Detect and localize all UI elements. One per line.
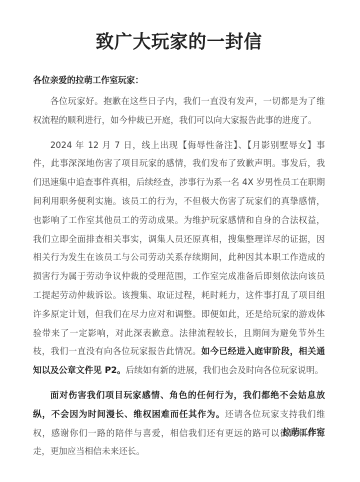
letter-body: 各位玩家好。抱歉在这些日子内，我们一直没有发声，一切都是为了维权流程的顺利进行，… [33,93,325,468]
paragraph-incident: 2024 年 12 月 7 日，线上出现【侮辱性备注】、【月影别墅辱女】事件，此… [33,137,325,381]
paragraph-closing: 面对伤害我们项目玩家感情、角色的任何行为，我们都绝不会姑息放纵，不会因为时间漫长… [33,387,325,462]
paragraph-text: 后续如有新的进展，我们也会及时向各位玩家说明。 [126,366,324,376]
letter-signature: 拉萌工作室 [282,427,325,439]
letter-title: 致广大玩家的一封信 [33,32,325,54]
paragraph-intro: 各位玩家好。抱歉在这些日子内，我们一直没有发声，一切都是为了维权流程的顺利进行，… [33,93,325,131]
paragraph-text: 2024 年 12 月 7 日，线上出现【侮辱性备注】、【月影别墅辱女】事件，此… [33,141,325,358]
paragraph-text: 各位玩家好。抱歉在这些日子内，我们一直没有发声，一切都是为了维权流程的顺利进行，… [33,97,325,126]
letter-greeting: 各位亲爱的拉萌工作室玩家： [33,75,144,87]
